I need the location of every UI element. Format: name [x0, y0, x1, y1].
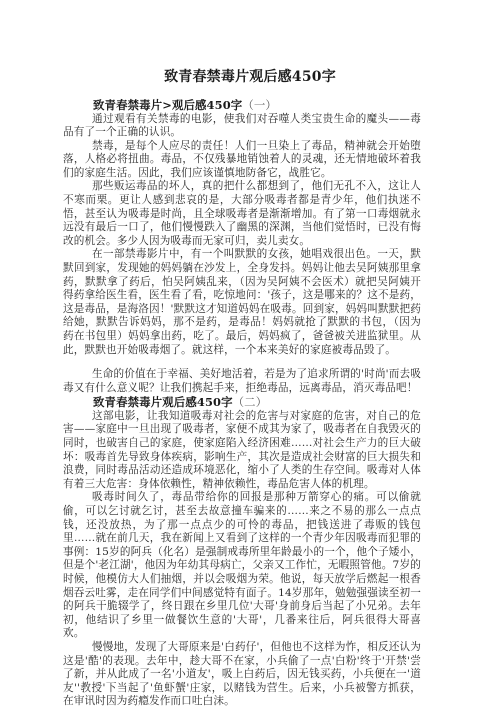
document-body: 致青春禁毒片>观后感450字（一） 通过观看有关禁毒的电影，使我们对吞噬人类宝贵… [63, 98, 421, 708]
essay-section-2: 致青春禁毒片观后感450字（二） 这部电影，让我知道吸毒对社会的危害与对家庭的危… [63, 395, 421, 708]
section-heading: 致青春禁毒片观后感450字（二） [63, 395, 421, 410]
paragraph: 这部电影，让我知道吸毒对社会的危害与对家庭的危害，对自己的危害——家庭中一旦出现… [63, 410, 421, 492]
paragraph: 那些贩运毒品的坏人，真的把什么都想到了，他们无孔不入，这让人不寒而栗。更让人感到… [63, 180, 421, 248]
document-page: 致青春禁毒片观后感450字 致青春禁毒片>观后感450字（一） 通过观看有关禁毒… [0, 0, 500, 708]
paragraph: 慢慢地，发现了大哥原来是'白药仔'，但他也不这样为怍，相反还认为这是'酷'的表现… [63, 641, 421, 708]
paragraph: 禁毒，是每个人应尽的责任！人们一旦染上了毒品，精神就会开始堕落，人格必将扭曲。毒… [63, 140, 421, 181]
document-title: 致青春禁毒片观后感450字 [0, 66, 500, 86]
section-heading: 致青春禁毒片>观后感450字（一） [63, 98, 421, 113]
essay-section-1: 致青春禁毒片>观后感450字（一） 通过观看有关禁毒的电影，使我们对吞噬人类宝贵… [63, 98, 421, 395]
section-heading-number: （二） [233, 395, 268, 409]
paragraph: 生命的价值在于幸福、美好地活着，若是为了追求所谓的'时尚'而去吸毒又有什么意义呢… [63, 368, 421, 395]
paragraph: 通过观看有关禁毒的电影，使我们对吞噬人类宝贵生命的魔头——毒品有了一个正确的认识… [63, 113, 421, 140]
section-heading-number: （一） [242, 98, 277, 112]
section-heading-text: 致青春禁毒片>观后感450字 [93, 98, 242, 112]
paragraph: 在一部禁毒影片中，有一个叫默默的女孩，她唱戏很出色。一天，默默回到家，发现她的妈… [63, 248, 421, 357]
section-heading-text: 致青春禁毒片观后感450字 [93, 395, 233, 409]
paragraph: 吸毒时间久了，毒品带给你的回报是那种万箭穿心的痛。可以偷就偷，可以乞讨就乞讨，甚… [63, 491, 421, 641]
